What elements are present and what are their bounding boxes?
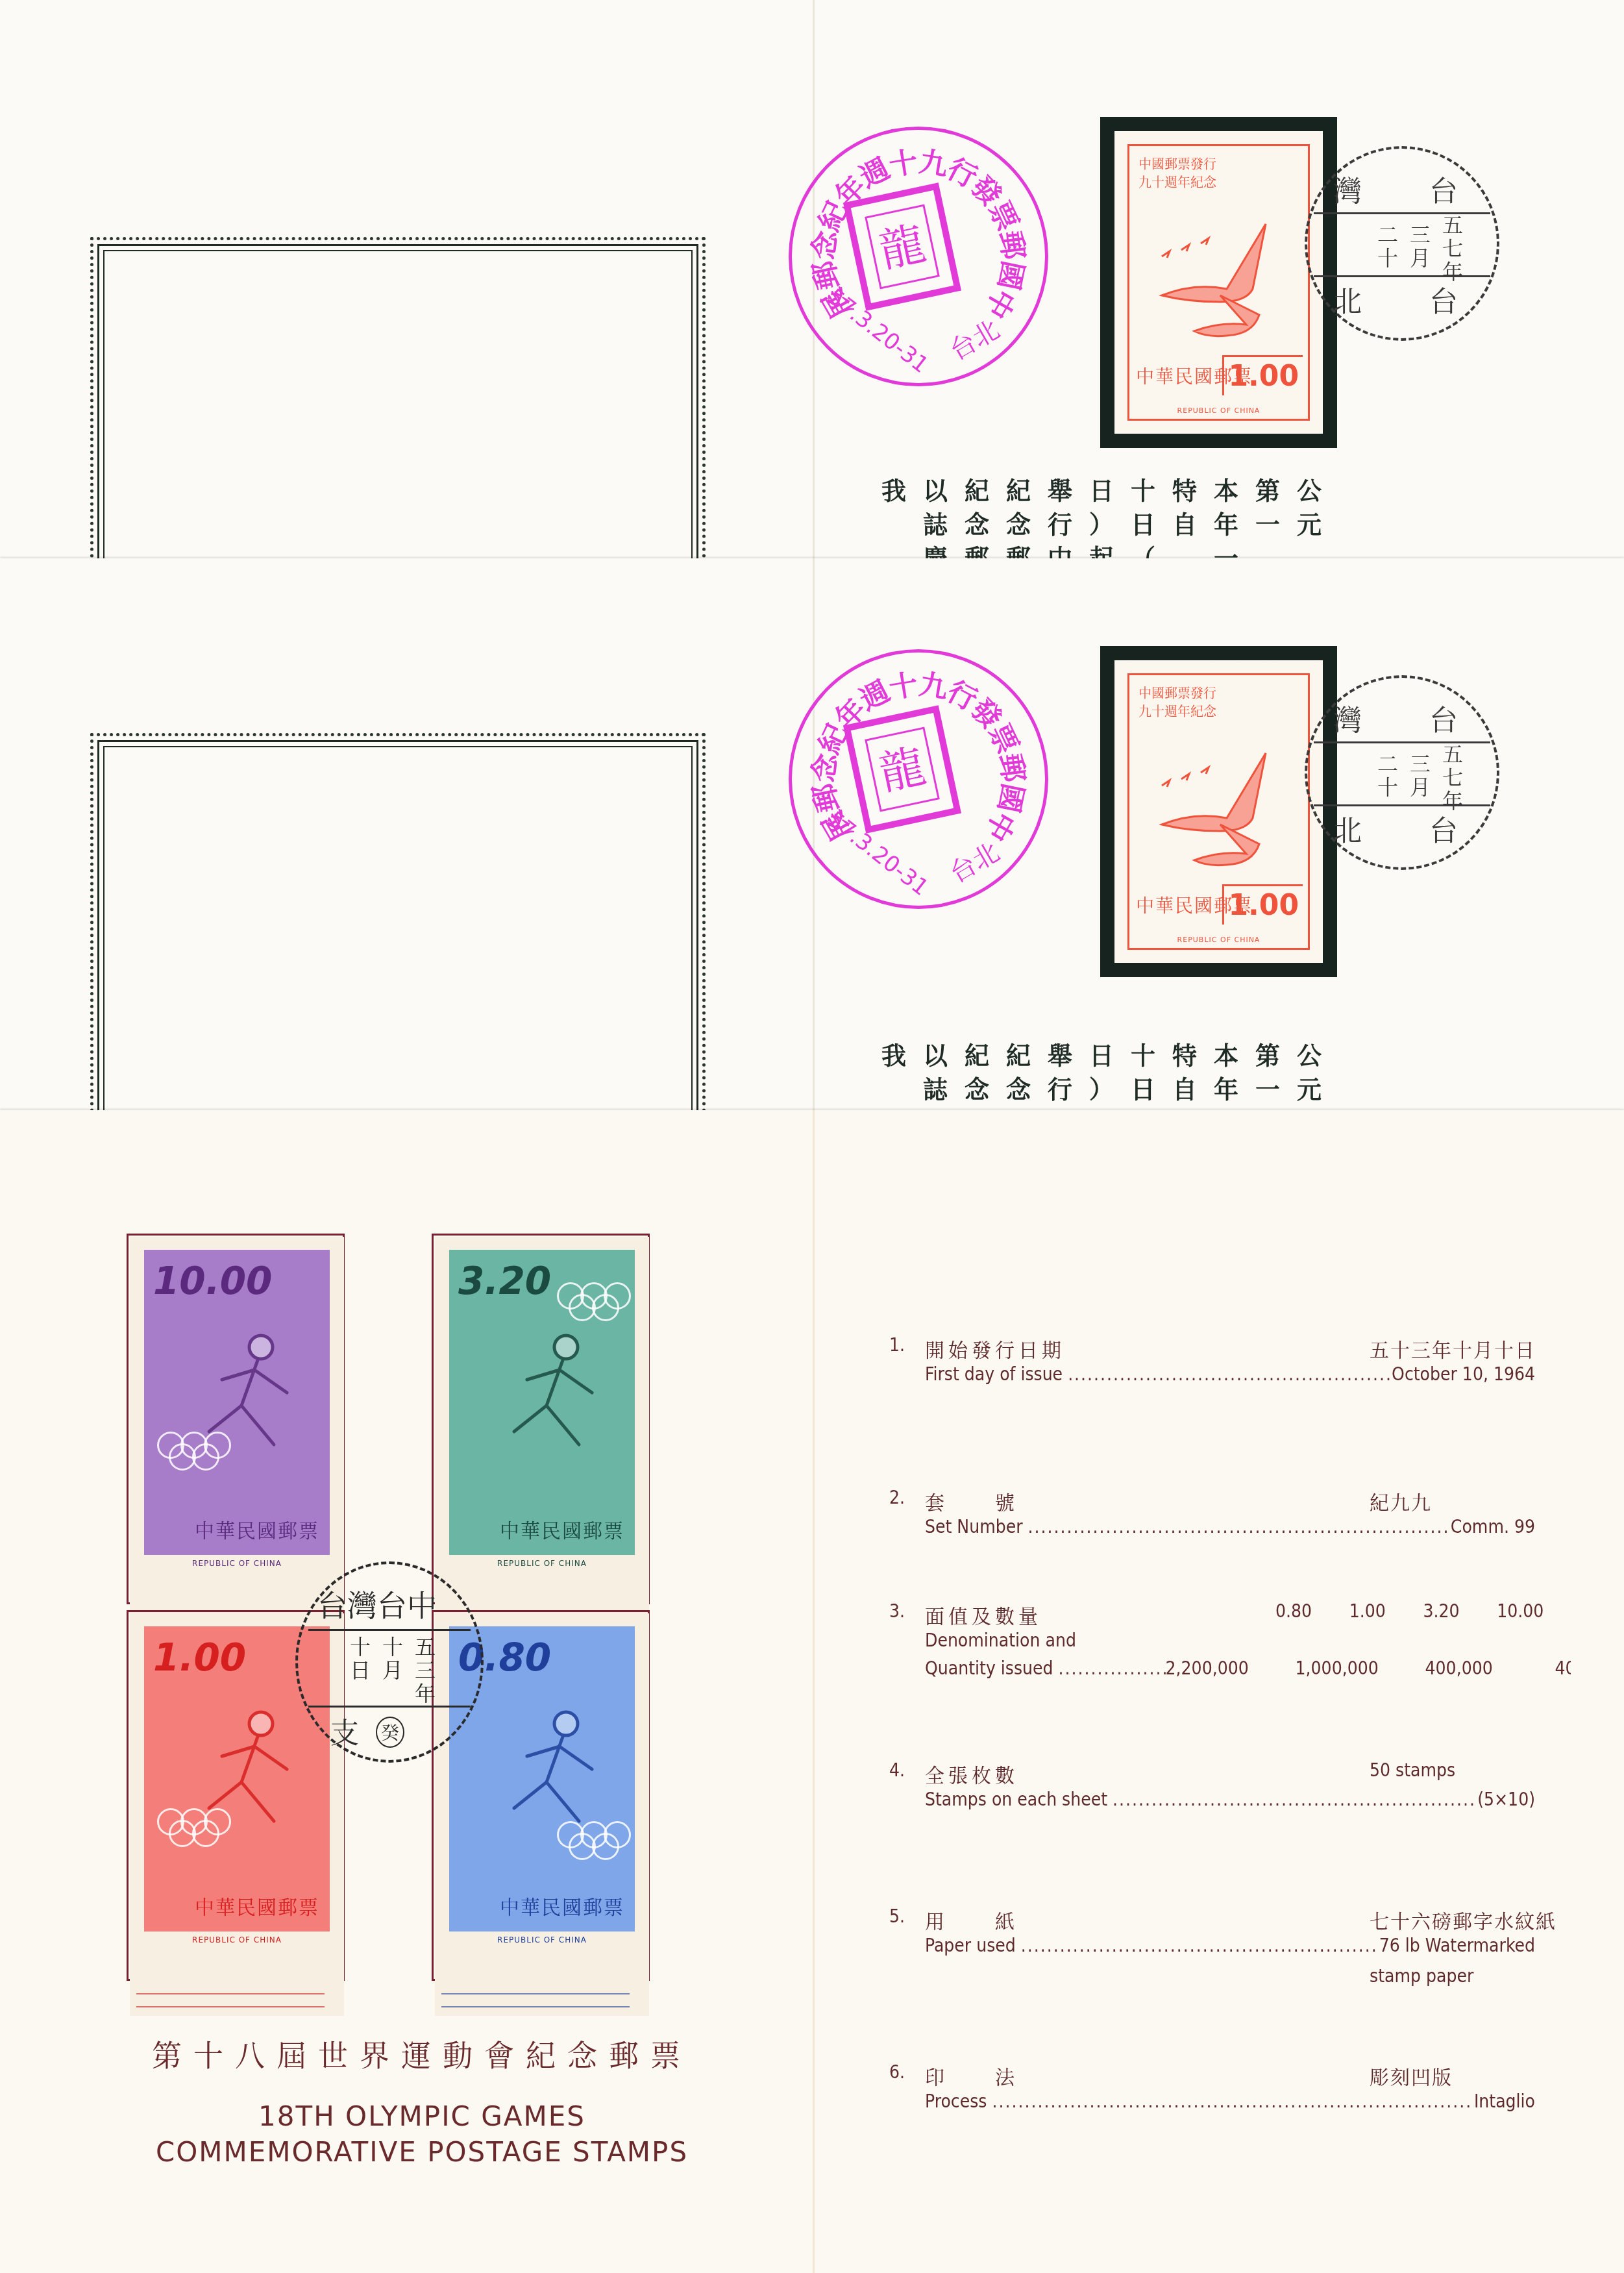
text-column: 紀念 [956, 1039, 998, 1106]
goose-stamp: 中國郵票發行 九十週年紀念 中華民國郵票 1.00 REPUBLIC OF CH… [1114, 660, 1323, 963]
text-column: 第一 [1247, 1039, 1288, 1106]
stamp-country: REPUBLIC OF CHINA [130, 1559, 344, 1568]
stamp-country: REPUBLIC OF CHINA [130, 1935, 344, 1944]
taiwan-postmark: 台 灣 五七年 三月 二十 北 台 [1305, 146, 1499, 341]
text-column: 本年 [1205, 1039, 1247, 1106]
geese-icon [1155, 747, 1279, 876]
page-fold [813, 1110, 815, 2273]
taiwan-postmark: 台 灣 五七年 三月 二十 北 台 [1305, 675, 1499, 870]
text-column: 我 [873, 1039, 915, 1106]
ornate-frame [97, 244, 698, 564]
stamp-mount: 中國郵票發行 九十週年紀念 中華民國郵票 1.00 REPUBLIC OF CH… [1100, 117, 1337, 448]
stamp-issuer: 中華民國郵票 [500, 1891, 624, 1920]
announcement-text: 公元第一本年特自十日日）舉行紀念紀念以誌我 [873, 1039, 1330, 1106]
olympic-rings-icon [557, 1282, 628, 1315]
goose-stamp: 中國郵票發行 九十週年紀念 中華民國郵票 1.00 REPUBLIC OF CH… [1114, 131, 1323, 434]
stamp-mount: 中國郵票發行 九十週年紀念 中華民國郵票 1.00 REPUBLIC OF CH… [1100, 646, 1337, 977]
commemorative-cancel: 中國郵票發行九十週年紀念郵展 57.3.20-31 台北 [789, 649, 1048, 909]
stamp-issuer: 中華民國郵票 [195, 1515, 319, 1543]
olympic-rings-icon [157, 1808, 228, 1841]
stamp-value: 10.00 [153, 1259, 272, 1303]
stamp-country: REPUBLIC OF CHINA [1129, 936, 1308, 944]
text-column: 以誌 [915, 1039, 956, 1106]
stamp-value: 1.00 [153, 1635, 246, 1680]
text-column: 紀念 [998, 1039, 1039, 1106]
stamp-value: 3.20 [458, 1259, 551, 1303]
text-column: 特自 [1164, 1039, 1205, 1106]
text-column: 舉行 [1039, 1039, 1081, 1106]
folder-title-chinese: 第十八屆世界運動會紀念郵票 [130, 2032, 714, 2075]
folder-card-1: 中國郵票發行九十週年紀念郵展 57.3.20-31 台北 中國郵票發行 九十週年… [0, 0, 1624, 558]
text-column: 日） [1081, 1039, 1122, 1106]
stamp-value: 1.00 [1222, 355, 1303, 395]
stamp-issuer: 中華民國郵票 [500, 1515, 624, 1543]
taichung-postmark: 台灣台中 五三年 十月 十日 支 癸 [295, 1561, 484, 1763]
ornate-frame [97, 740, 698, 1119]
olympic-rings-icon [557, 1821, 628, 1854]
athlete-icon [488, 1321, 611, 1471]
text-column: 公元 [1288, 1039, 1330, 1106]
stamp-country: REPUBLIC OF CHINA [435, 1559, 649, 1568]
folder-title-line2: COMMEMORATIVE POSTAGE STAMPS [130, 2136, 714, 2168]
folder-card-2: 中國郵票發行九十週年紀念郵展 57.3.20-31 台北 中國郵票發行 九十週年… [0, 558, 1624, 1110]
stamp-caption: 中國郵票發行 九十週年紀念 [1138, 684, 1216, 721]
stamp-caption: 中國郵票發行 九十週年紀念 [1138, 155, 1216, 192]
stamp-value: 1.00 [1222, 884, 1303, 925]
folder-title-line1: 18TH OLYMPIC GAMES [130, 2100, 714, 2132]
stamp-country: REPUBLIC OF CHINA [435, 1935, 649, 1944]
text-column: 十日 [1122, 1039, 1164, 1106]
geese-icon [1155, 217, 1279, 347]
stamp-country: REPUBLIC OF CHINA [1129, 406, 1308, 415]
olympic-rings-icon [157, 1432, 228, 1464]
commemorative-cancel: 中國郵票發行九十週年紀念郵展 57.3.20-31 台北 [789, 127, 1048, 386]
stamp-issuer: 中華民國郵票 [195, 1891, 319, 1920]
